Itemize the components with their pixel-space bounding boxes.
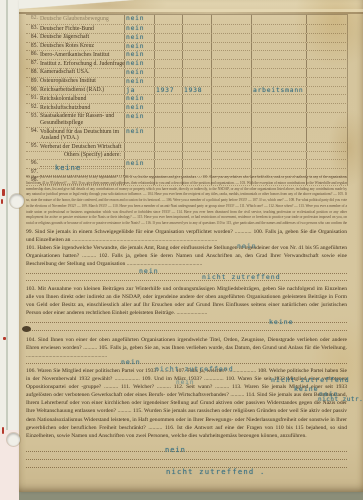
from-year-cell	[154, 160, 182, 168]
to-year-cell	[182, 69, 211, 77]
organization-name-cell: 91.Reichskolonialbund	[26, 95, 124, 103]
to-year-cell	[182, 160, 211, 168]
row-number: 94.	[26, 128, 40, 142]
organization-name: Deutsche Jägerschaft	[40, 34, 124, 42]
empty-cell	[211, 69, 251, 77]
typed-answer: keine	[294, 385, 319, 393]
empty-cell	[211, 15, 251, 24]
dotted-answer-line	[26, 451, 347, 452]
organization-name: Staatsakademie für Rassen- und Gesundhei…	[40, 113, 124, 127]
organization-name: Osteuropäisches Institut	[40, 78, 124, 86]
answer-cell: nein	[124, 34, 154, 42]
typed-answer: nein	[126, 95, 144, 102]
row-number: 87.	[26, 60, 40, 68]
organization-name-cell: 95.Werberat der Deutschen Wirtschaft	[26, 143, 124, 150]
table-row: 95.Werberat der Deutschen Wirtschaft	[26, 143, 348, 151]
red-speck	[3, 337, 6, 340]
office-rank-cell: arbeitsmann	[251, 87, 306, 95]
empty-cell	[211, 143, 251, 150]
to-year-cell	[182, 43, 211, 51]
empty-cell	[211, 51, 251, 59]
typed-answer: nein	[126, 25, 144, 32]
organization-name-cell: Others (Specify) andere:	[26, 152, 124, 159]
answer-cell: nein	[124, 95, 154, 103]
office-rank-cell	[251, 160, 306, 168]
scan-background-edge-line	[6, 0, 8, 500]
office-rank-cell	[251, 152, 306, 159]
from-year-cell	[154, 104, 182, 112]
answer-cell: nein	[124, 15, 154, 24]
typed-answer: nein	[126, 43, 144, 50]
organization-name-cell: 85.Deutsches Rotes Kreuz	[26, 43, 124, 51]
typed-answer: keine	[269, 318, 294, 326]
punch-hole	[10, 194, 24, 208]
table-row: 83.Deutscher Fichte-Bundnein	[26, 25, 348, 34]
notes-cell	[306, 104, 348, 112]
row-number: 90.	[26, 87, 40, 95]
organization-name: Reichsarbeitsdienst (RAD.)	[40, 87, 124, 95]
typed-answer: nein	[165, 446, 186, 454]
organization-name: Institut z. Erforschung d. Judenfrage	[40, 60, 125, 68]
dotted-answer-line	[26, 363, 347, 364]
typed-answer: nein	[126, 69, 144, 76]
row-number: 85.	[26, 43, 40, 51]
row-number: 84.	[26, 34, 40, 42]
organization-name-cell: 88.Kameradschaft USA.	[26, 69, 124, 77]
empty-cell	[211, 104, 251, 112]
answer-cell: nein	[124, 104, 154, 112]
punch-hole	[7, 433, 20, 446]
table-row: 85.Deutsches Rotes Kreuznein	[26, 43, 348, 52]
scan-background-bottom-strip	[19, 491, 363, 500]
to-year-cell	[182, 25, 211, 33]
typed-answer: nicht zutr.	[318, 396, 363, 403]
table-row: 84.Deutsche Jägerschaftnein	[26, 34, 348, 43]
notes-cell	[306, 43, 348, 51]
office-rank-cell	[251, 104, 306, 112]
to-year-cell	[182, 51, 211, 59]
organization-name-cell: 94.Volksbund für das Deutschtum im Ausla…	[26, 128, 124, 142]
typed-answer: nicht zutreffend	[155, 365, 234, 373]
row-number: 89.	[26, 78, 40, 86]
typed-answer: nicht zutreffend .	[166, 467, 266, 476]
typed-answer: nein	[126, 15, 144, 22]
fine-print-english-instructions: 99. Have you ever sworn an oath of secre…	[26, 175, 347, 227]
empty-cell	[211, 43, 251, 51]
table-row: 82.Deutsche Glaubensbewegungnein	[26, 15, 348, 25]
office-rank-cell	[251, 69, 306, 77]
row-number	[26, 152, 40, 159]
red-speck	[1, 199, 3, 204]
typed-answer: nein	[126, 60, 144, 67]
empty-cell	[211, 113, 251, 127]
question-99-100: 99. Sind Sie jemals in einem Schweigegel…	[26, 228, 347, 245]
from-year-cell	[154, 78, 182, 86]
from-year-cell	[154, 95, 182, 103]
empty-cell	[211, 128, 251, 142]
organization-name: Reichsluftschutzbund	[40, 104, 124, 112]
office-rank-cell	[251, 43, 306, 51]
from-year-cell	[154, 69, 182, 77]
answer-cell: nein	[124, 113, 154, 127]
empty-cell	[211, 152, 251, 159]
row-number: 92.	[26, 104, 40, 112]
from-year-cell	[154, 60, 182, 68]
scanned-questionnaire-page: 82.Deutsche Glaubensbewegungnein83.Deuts…	[0, 0, 363, 500]
answer-cell: nein	[124, 160, 154, 168]
organization-name: Ibero-Amerikanisches Institut	[40, 51, 124, 59]
row-number: 95.	[26, 143, 40, 150]
table-row: 87.Institut z. Erforschung d. Judenfrage…	[26, 60, 348, 69]
typed-answer: nein	[126, 78, 144, 85]
answer-cell	[124, 143, 154, 150]
answer-cell: nein	[124, 69, 154, 77]
row-number: 86.	[26, 51, 40, 59]
typed-answer: arbeitsmann	[253, 87, 304, 94]
notes-cell	[306, 152, 348, 159]
typed-answer: nein	[121, 358, 141, 366]
paper-sheet: 82.Deutsche Glaubensbewegungnein83.Deuts…	[19, 0, 363, 492]
typed-answer: 1937	[156, 87, 174, 94]
to-year-cell	[182, 113, 211, 127]
to-year-cell	[182, 143, 211, 150]
notes-cell	[306, 25, 348, 33]
to-year-cell: 1938	[182, 87, 211, 95]
table-row: 86.Ibero-Amerikanisches Institutnein	[26, 51, 348, 60]
red-speck	[2, 189, 5, 196]
question-104-105: 104. Sind Ihnen von einer der oben angef…	[26, 336, 347, 362]
question-103: 103. Mit Ausnahme von kleinen Beiträgen …	[26, 285, 347, 319]
row-number: 82.	[26, 15, 40, 24]
notes-cell	[306, 69, 348, 77]
office-rank-cell	[251, 60, 306, 68]
to-year-cell	[182, 60, 211, 68]
table-row: 93.Staatsakademie für Rassen- und Gesund…	[26, 113, 348, 128]
organization-name-cell: 86.Ibero-Amerikanisches Institut	[26, 51, 124, 59]
typed-answer: ja	[126, 87, 135, 94]
row-number: 91.	[26, 95, 40, 103]
answer-cell: nein	[124, 60, 154, 68]
notes-cell	[306, 15, 348, 24]
organization-name: Volksbund für das Deutschtum im Ausland …	[40, 128, 124, 142]
red-speck	[2, 427, 4, 434]
organization-name-cell: 90.Reichsarbeitsdienst (RAD.)	[26, 87, 124, 95]
office-rank-cell	[251, 95, 306, 103]
notes-cell	[306, 51, 348, 59]
typed-answer: nein	[126, 113, 144, 120]
answer-cell: nein	[124, 25, 154, 33]
organization-name-cell: 87.Institut z. Erforschung d. Judenfrage	[26, 60, 124, 68]
organization-name-cell: 83.Deutscher Fichte-Bund	[26, 25, 124, 33]
typed-answer: nein	[139, 267, 159, 275]
typed-answer: 1938	[184, 87, 202, 94]
from-year-cell	[154, 34, 182, 42]
organization-name-cell: 92.Reichsluftschutzbund	[26, 104, 124, 112]
row-number: 96.	[26, 160, 40, 168]
organization-name-cell: 89.Osteuropäisches Institut	[26, 78, 124, 86]
typed-answer: nein	[126, 160, 144, 167]
to-year-cell	[182, 152, 211, 159]
to-year-cell	[182, 128, 211, 142]
typed-answer: nein	[126, 128, 144, 135]
table-row: 94.Volksbund für das Deutschtum im Ausla…	[26, 128, 348, 143]
to-year-cell	[182, 15, 211, 24]
organization-name-cell: 82.Deutsche Glaubensbewegung	[26, 15, 124, 24]
organization-name-cell: 93.Staatsakademie für Rassen- und Gesund…	[26, 113, 124, 127]
answer-cell: nein	[124, 43, 154, 51]
answer-cell	[124, 152, 154, 159]
german-questions-section: 99. Sind Sie jemals in einem Schweigegel…	[26, 227, 347, 482]
question-101-102: 101. Haben Sie irgendwelche Verwandte, d…	[26, 244, 347, 269]
answer-cell: nein	[124, 51, 154, 59]
typed-answer: nein	[126, 104, 144, 111]
from-year-cell	[154, 51, 182, 59]
empty-cell	[211, 25, 251, 33]
dotted-answer-line	[26, 273, 347, 274]
to-year-cell	[182, 104, 211, 112]
answer-cell: nein	[124, 128, 154, 142]
office-rank-cell	[251, 143, 306, 150]
notes-cell	[306, 128, 348, 142]
row-number: 93.	[26, 113, 40, 127]
organizations-table: 82.Deutsche Glaubensbewegungnein83.Deuts…	[26, 14, 348, 186]
from-year-cell	[154, 43, 182, 51]
notes-cell	[306, 95, 348, 103]
office-rank-cell	[251, 51, 306, 59]
table-row: 92.Reichsluftschutzbundnein	[26, 104, 348, 113]
table-row: 89.Osteuropäisches Institutnein	[26, 78, 348, 87]
office-rank-cell	[251, 15, 306, 24]
organization-name: Deutsches Rotes Kreuz	[40, 43, 124, 51]
dotted-answer-line	[26, 322, 347, 323]
table-row: 91.Reichskolonialbundnein	[26, 95, 348, 104]
notes-cell	[306, 113, 348, 127]
from-year-cell	[154, 128, 182, 142]
organization-name: Werberat der Deutschen Wirtschaft	[40, 143, 124, 150]
typed-answer: keine	[55, 164, 81, 172]
to-year-cell	[182, 78, 211, 86]
notes-cell	[306, 143, 348, 150]
organization-name	[40, 161, 124, 168]
typed-answer: nein	[176, 379, 194, 386]
from-year-cell	[154, 152, 182, 159]
from-year-cell	[154, 15, 182, 24]
typed-answer: nicht zutreffend	[202, 273, 281, 281]
organization-name: Kameradschaft USA.	[40, 69, 124, 77]
table-row: Others (Specify) andere:	[26, 152, 348, 160]
from-year-cell	[154, 25, 182, 33]
office-rank-cell	[251, 78, 306, 86]
empty-cell	[211, 95, 251, 103]
empty-cell	[211, 78, 251, 86]
dotted-answer-line	[26, 459, 347, 460]
table-row: 90.Reichsarbeitsdienst (RAD.)ja19371938a…	[26, 87, 348, 96]
typed-answer: nein	[237, 242, 257, 250]
row-number: 88.	[26, 69, 40, 77]
organization-name: Deutscher Fichte-Bund	[40, 25, 124, 33]
typed-answer: nein	[126, 51, 144, 58]
office-rank-cell	[251, 113, 306, 127]
torn-top-edge	[19, 0, 134, 9]
answer-cell: ja	[124, 87, 154, 95]
organization-name-cell: 84.Deutsche Jägerschaft	[26, 34, 124, 42]
office-rank-cell	[251, 34, 306, 42]
notes-cell	[306, 78, 348, 86]
typed-answer: nein	[126, 34, 144, 41]
to-year-cell	[182, 95, 211, 103]
dotted-answer-line	[26, 330, 347, 331]
notes-cell	[306, 34, 348, 42]
empty-cell	[211, 160, 251, 168]
from-year-cell	[154, 143, 182, 150]
row-number: 83.	[26, 25, 40, 33]
from-year-cell	[154, 113, 182, 127]
organization-name: Others (Specify) andere:	[40, 152, 124, 159]
notes-cell	[306, 60, 348, 68]
table-row: 88.Kameradschaft USA.nein	[26, 69, 348, 78]
answer-cell: nein	[124, 78, 154, 86]
notes-cell	[306, 160, 348, 168]
office-rank-cell	[251, 25, 306, 33]
from-year-cell: 1937	[154, 87, 182, 95]
empty-cell	[211, 34, 251, 42]
office-rank-cell	[251, 128, 306, 142]
organization-name: Reichskolonialbund	[40, 95, 124, 103]
to-year-cell	[182, 34, 211, 42]
organization-name: Deutsche Glaubensbewegung	[40, 15, 124, 24]
dotted-answer-line	[26, 280, 347, 281]
empty-cell	[211, 87, 251, 95]
notes-cell	[306, 87, 348, 95]
organizations-table-rows: 82.Deutsche Glaubensbewegungnein83.Deuts…	[26, 15, 348, 186]
typed-answer: nicht zutreffend	[271, 376, 350, 384]
empty-cell	[211, 60, 251, 68]
